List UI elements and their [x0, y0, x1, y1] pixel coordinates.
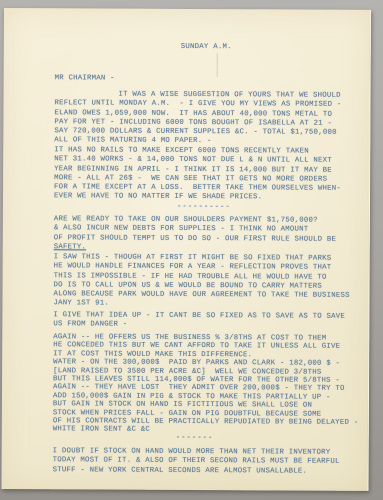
photo-background: SUNDAY A.M. MR CHAIRMAN - IT WAS A WISE …	[0, 0, 383, 500]
section-separator: -------	[176, 434, 246, 444]
letter-page: SUNDAY A.M. MR CHAIRMAN - IT WAS A WISE …	[1, 8, 371, 491]
letter-paragraph: IT HAS NO RAILS TO MAKE EXCEPT 6000 TONS…	[54, 146, 366, 203]
letter-line: SAFETY.	[54, 243, 366, 254]
letter-paragraph: AGAIN -- HE OFFERS US THE BUSINESS % 3/8…	[53, 333, 366, 436]
letter-dateline: SUNDAY A.M.	[181, 43, 232, 53]
section-separator: ----------	[177, 203, 247, 213]
letter-salutation: MR CHAIRMAN -	[55, 74, 115, 84]
letter-paragraph: ARE WE READY TO TAKE ON OUR SHOULDERS PA…	[54, 215, 366, 254]
letter-body: SUNDAY A.M. MR CHAIRMAN - IT WAS A WISE …	[1, 8, 370, 491]
letter-paragraph: I DOUBT IF STOCK ON HAND WOULD MORE THAN…	[53, 447, 365, 477]
letter-paragraph: IT WAS A WISE SUGGESTION OF YOURS THAT W…	[54, 90, 366, 147]
letter-line: EVER WE HAVE TO NO MATTER IF WE SHADE PR…	[54, 193, 366, 204]
letter-paragraph: I SAW THIS - THOUGH AT FIRST IT MIGHT BE…	[53, 253, 365, 310]
letter-paragraph: I GIVE THAT IDEA UP - IT CANT BE SO FIXE…	[53, 311, 365, 331]
letter-line: JANY 1ST 91.	[53, 300, 365, 311]
letter-line: STUFF - NEW YORK CENTRAL SECONDS ARE ALM…	[53, 466, 365, 477]
letter-line: OF PROFIT SHOULD TEMPT US TO DO SO - OUR…	[54, 234, 366, 245]
letter-line: US FROM DANGER -	[53, 321, 365, 332]
